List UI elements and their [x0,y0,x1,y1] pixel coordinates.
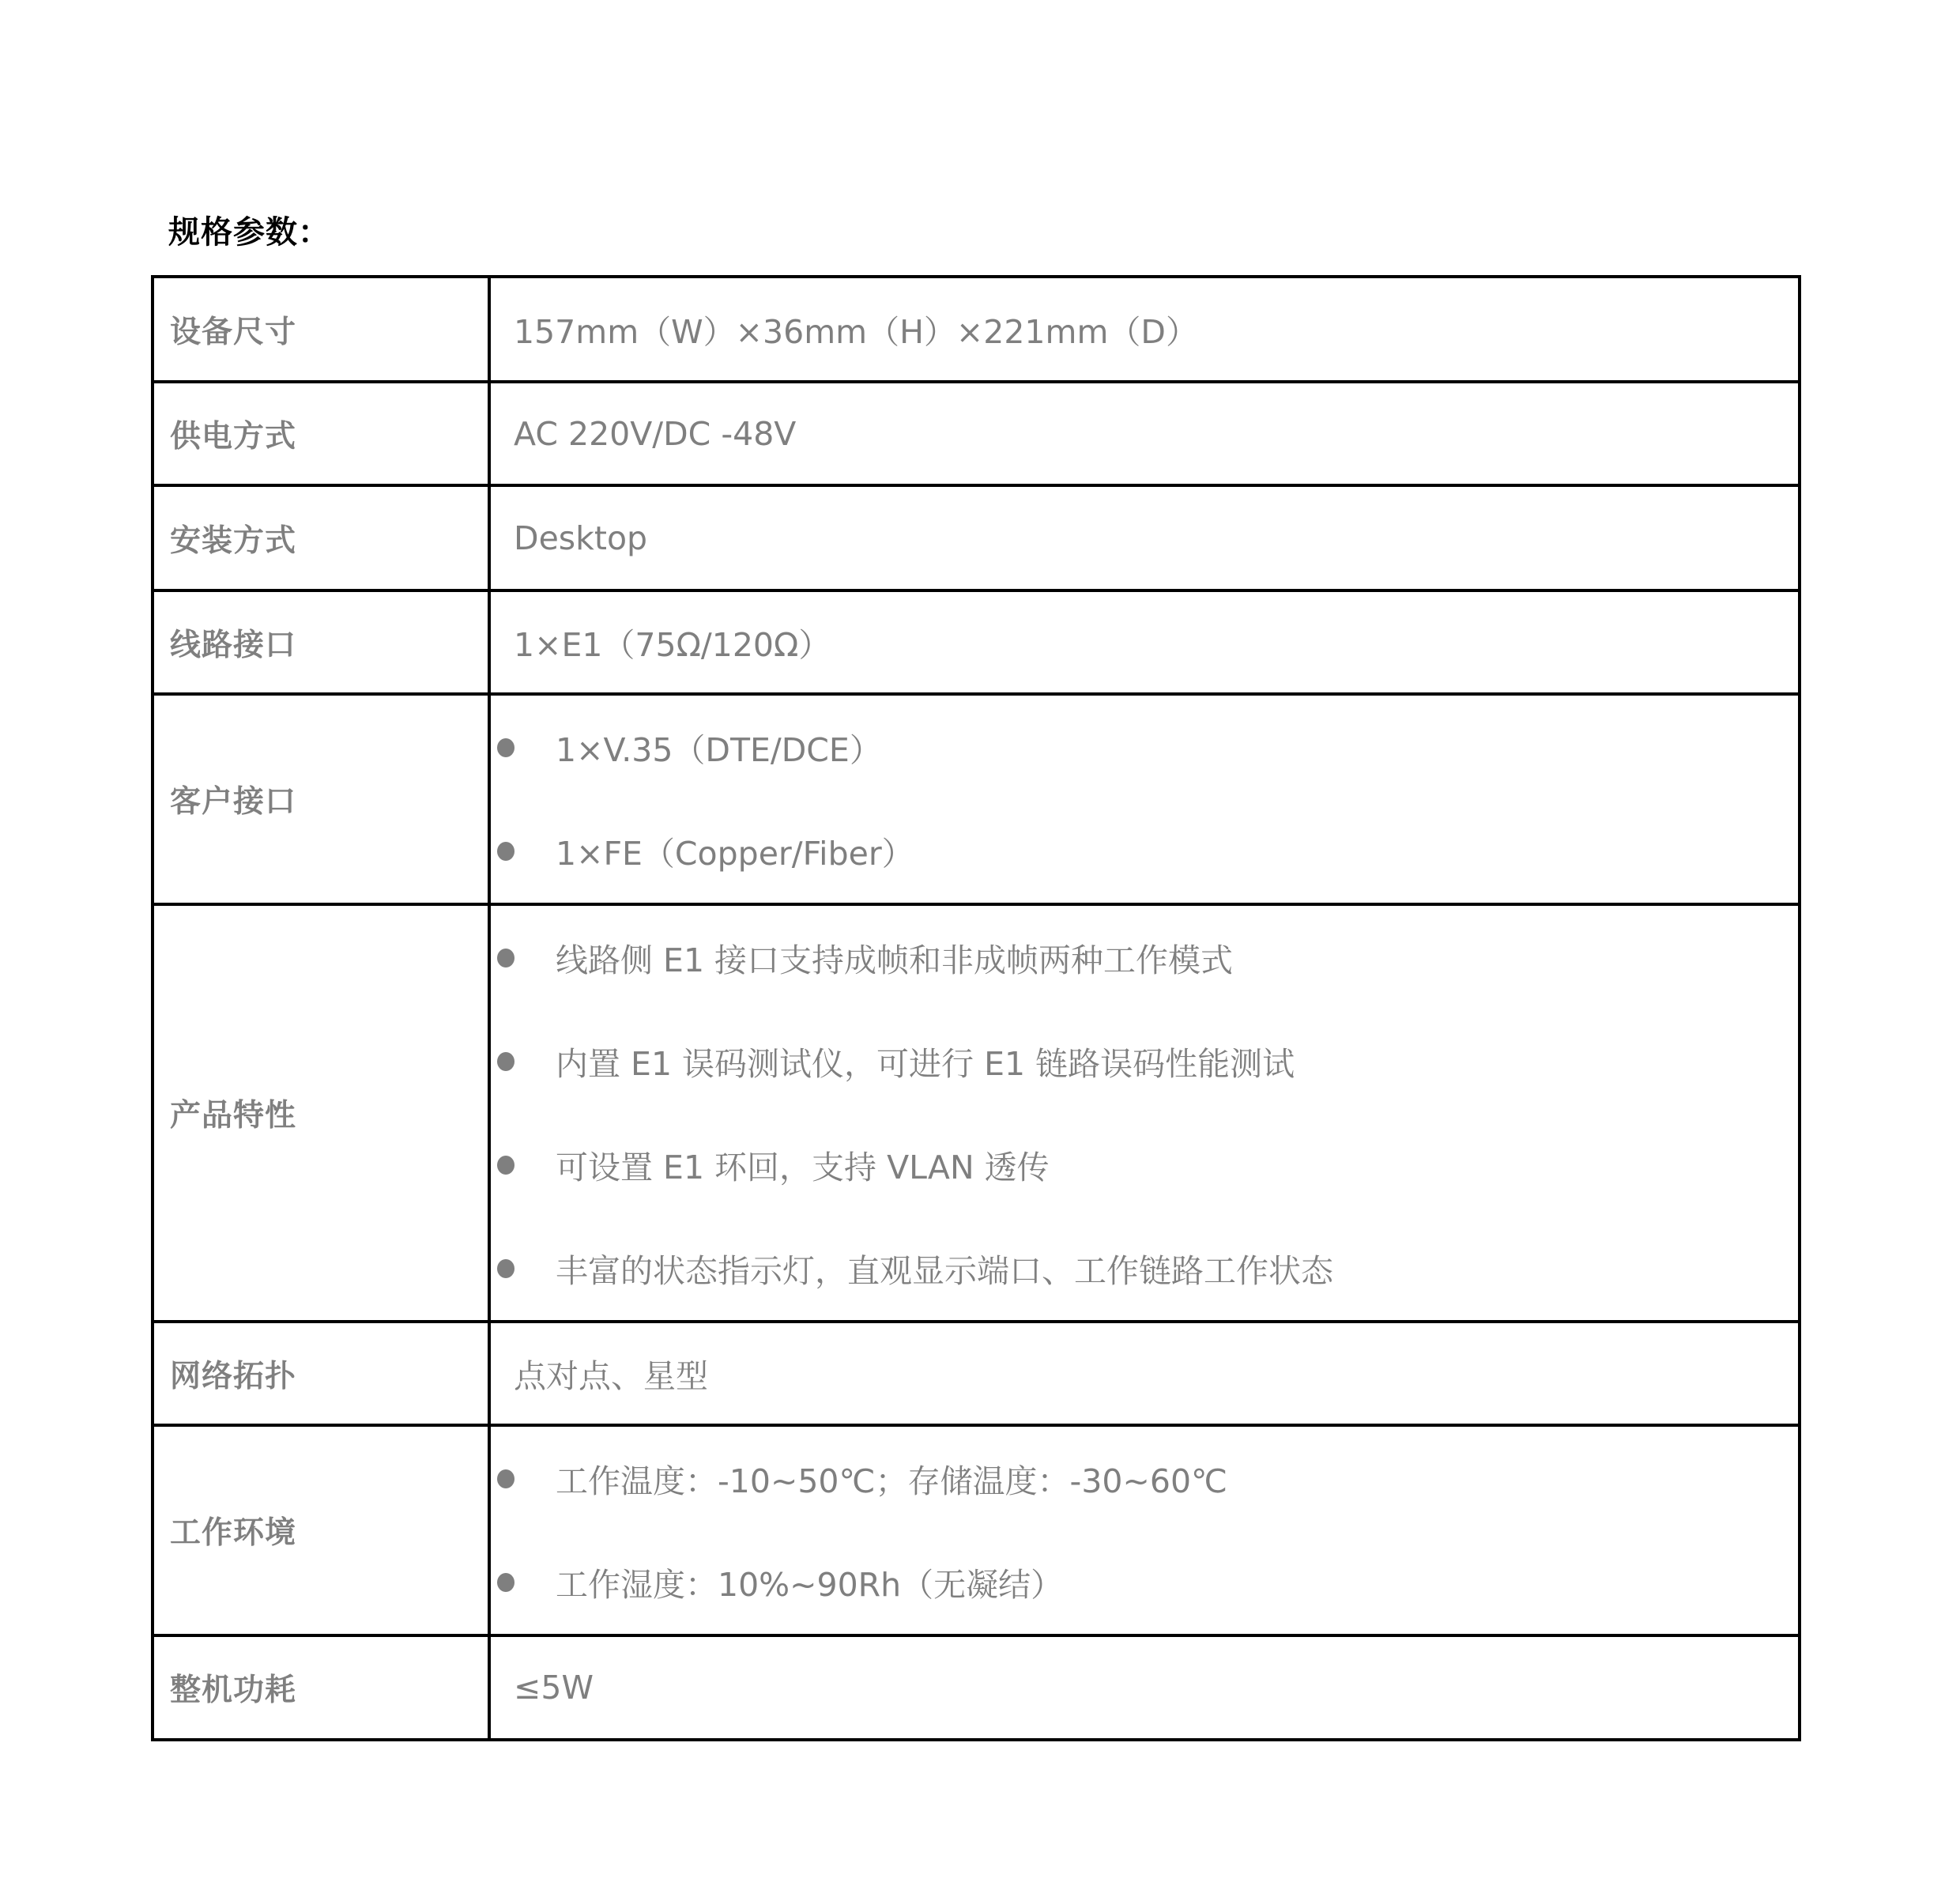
table-row: 供电方式 AC 220V/DC -48V [153,382,1800,485]
row-value: 157mm（W）×36mm（H）×221mm（D） [489,277,1800,382]
list-item: 丰富的状态指示灯，直观显示端口、工作链路工作状态 [491,1216,1798,1320]
bullet-icon [497,1469,514,1488]
page-title: 规格参数： [168,207,330,252]
bullet-list: 工作温度：-10~50℃；存储温度：-30~60℃ 工作湿度：10%~90Rh（… [491,1427,1798,1634]
row-value: ≤5W [489,1635,1800,1740]
bullet-icon [497,1573,514,1592]
table-row: 设备尺寸 157mm（W）×36mm（H）×221mm（D） [153,277,1800,382]
row-value: 1×E1（75Ω/120Ω） [489,590,1800,694]
row-label: 设备尺寸 [153,277,489,382]
row-value: 1×V.35（DTE/DCE） 1×FE（Copper/Fiber） [489,694,1800,904]
row-value: 点对点、星型 [489,1322,1800,1425]
list-item: 1×FE（Copper/Fiber） [491,799,1798,903]
bullet-icon [497,842,514,861]
table-row: 线路接口 1×E1（75Ω/120Ω） [153,590,1800,694]
bullet-list: 线路侧 E1 接口支持成帧和非成帧两种工作模式 内置 E1 误码测试仪，可进行 … [491,906,1798,1320]
list-item: 可设置 E1 环回，支持 VLAN 透传 [491,1113,1798,1216]
list-item: 线路侧 E1 接口支持成帧和非成帧两种工作模式 [491,906,1798,1009]
row-value: 线路侧 E1 接口支持成帧和非成帧两种工作模式 内置 E1 误码测试仪，可进行 … [489,904,1800,1322]
table-row: 产品特性 线路侧 E1 接口支持成帧和非成帧两种工作模式 内置 E1 误码测试仪… [153,904,1800,1322]
table-row: 客户接口 1×V.35（DTE/DCE） 1×FE（Copper/Fiber） [153,694,1800,904]
table-row: 工作环境 工作温度：-10~50℃；存储温度：-30~60℃ 工作湿度：10%~… [153,1425,1800,1635]
spec-table: 设备尺寸 157mm（W）×36mm（H）×221mm（D） 供电方式 AC 2… [151,275,1801,1741]
table-row: 安装方式 Desktop [153,485,1800,590]
row-value: AC 220V/DC -48V [489,382,1800,485]
bullet-list: 1×V.35（DTE/DCE） 1×FE（Copper/Fiber） [491,696,1798,903]
bullet-icon [497,949,514,968]
list-item: 内置 E1 误码测试仪，可进行 E1 链路误码性能测试 [491,1009,1798,1113]
row-label: 网络拓扑 [153,1322,489,1425]
list-item: 1×V.35（DTE/DCE） [491,696,1798,799]
row-label: 安装方式 [153,485,489,590]
row-label: 工作环境 [153,1425,489,1635]
bullet-icon [497,738,514,757]
list-item: 工作温度：-10~50℃；存储温度：-30~60℃ [491,1427,1798,1530]
bullet-icon [497,1052,514,1071]
bullet-icon [497,1259,514,1278]
row-label: 客户接口 [153,694,489,904]
table-row: 整机功耗 ≤5W [153,1635,1800,1740]
row-label: 供电方式 [153,382,489,485]
row-label: 整机功耗 [153,1635,489,1740]
table-row: 网络拓扑 点对点、星型 [153,1322,1800,1425]
row-label: 线路接口 [153,590,489,694]
row-value: 工作温度：-10~50℃；存储温度：-30~60℃ 工作湿度：10%~90Rh（… [489,1425,1800,1635]
list-item: 工作湿度：10%~90Rh（无凝结） [491,1530,1798,1634]
bullet-icon [497,1156,514,1175]
row-value: Desktop [489,485,1800,590]
row-label: 产品特性 [153,904,489,1322]
